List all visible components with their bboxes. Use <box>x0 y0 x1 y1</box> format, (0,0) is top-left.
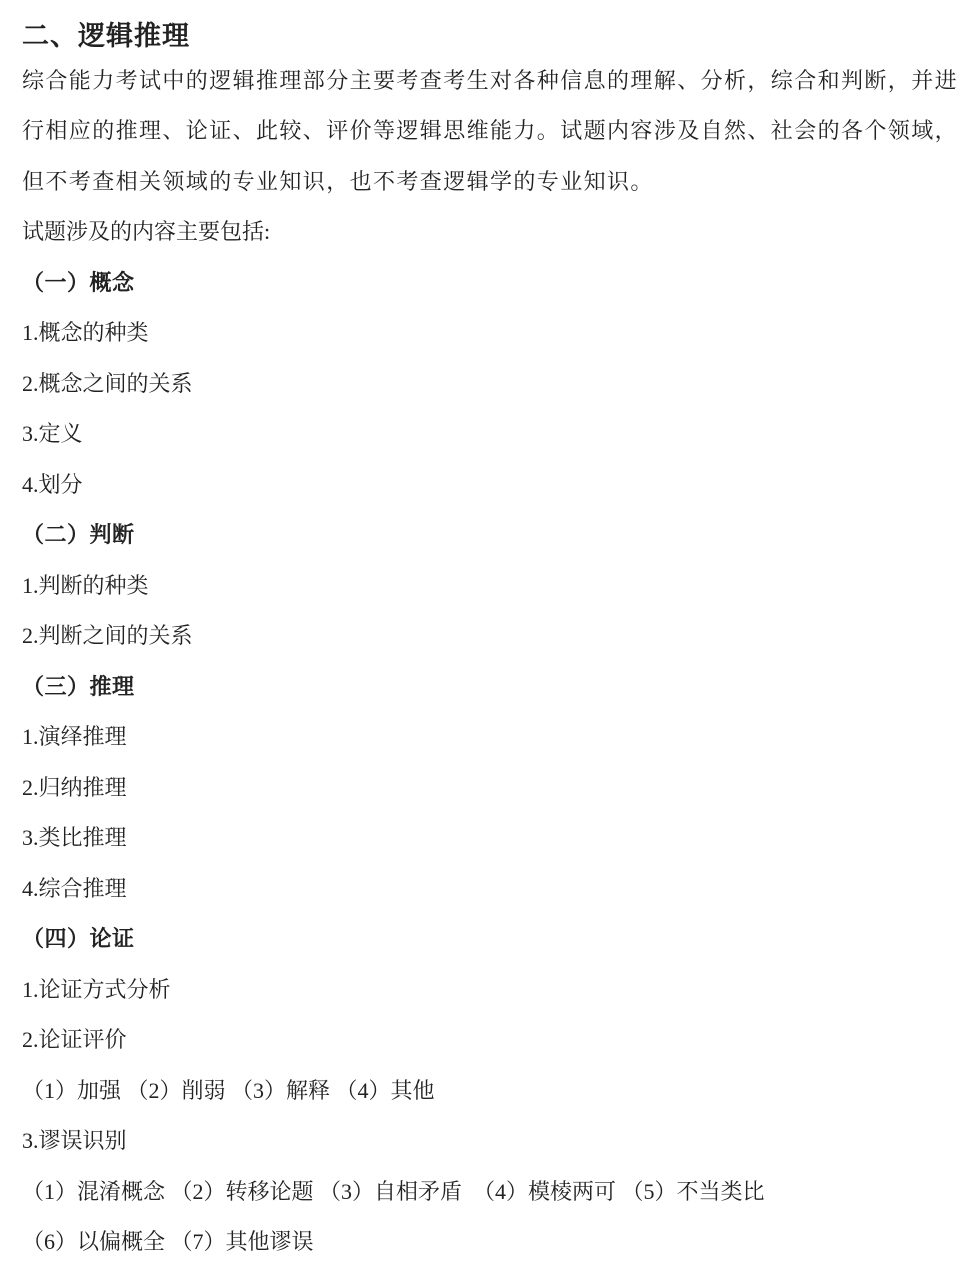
section-heading-judgment: （二）判断 <box>22 509 957 560</box>
list-item-sub: （1）加强 （2）削弱 （3）解释 （4）其他 <box>22 1064 957 1115</box>
document-title: 二、逻辑推理 <box>22 12 957 54</box>
intro-include-line: 试题涉及的内容主要包括: <box>22 206 957 257</box>
list-item: 3.定义 <box>22 408 957 459</box>
intro-paragraph-line-1: 综合能力考试中的逻辑推理部分主要考查考生对各种信息的理解、分析，综合和判断，并进 <box>22 54 957 105</box>
document-page: 二、逻辑推理 综合能力考试中的逻辑推理部分主要考查考生对各种信息的理解、分析，综… <box>0 0 977 1268</box>
list-item: 2.判断之间的关系 <box>22 610 957 661</box>
list-item: 3.类比推理 <box>22 812 957 863</box>
intro-paragraph-line-2: 行相应的推理、论证、此较、评价等逻辑思维能力。试题内容涉及自然、社会的各个领域， <box>22 105 957 156</box>
intro-paragraph-line-3: 但不考查相关领域的专业知识，也不考查逻辑学的专业知识。 <box>22 155 957 206</box>
section-heading-concepts: （一）概念 <box>22 256 957 307</box>
list-item: 2.归纳推理 <box>22 761 957 812</box>
section-heading-reasoning: （三）推理 <box>22 660 957 711</box>
list-item-sub: （6）以偏概全 （7）其他谬误 <box>22 1216 957 1267</box>
list-item: 4.划分 <box>22 458 957 509</box>
list-item: 2.概念之间的关系 <box>22 357 957 408</box>
list-item: 4.综合推理 <box>22 862 957 913</box>
list-item: 1.论证方式分析 <box>22 963 957 1014</box>
list-item: 2.论证评价 <box>22 1014 957 1065</box>
section-heading-argumentation: （四）论证 <box>22 913 957 964</box>
list-item: 1.演绎推理 <box>22 711 957 762</box>
list-item-sub: （1）混淆概念 （2）转移论题 （3）自相矛盾 （4）模棱两可 （5）不当类比 <box>22 1165 957 1216</box>
list-item: 1.判断的种类 <box>22 559 957 610</box>
list-item: 1.概念的种类 <box>22 307 957 358</box>
list-item: 3.谬误识别 <box>22 1115 957 1166</box>
